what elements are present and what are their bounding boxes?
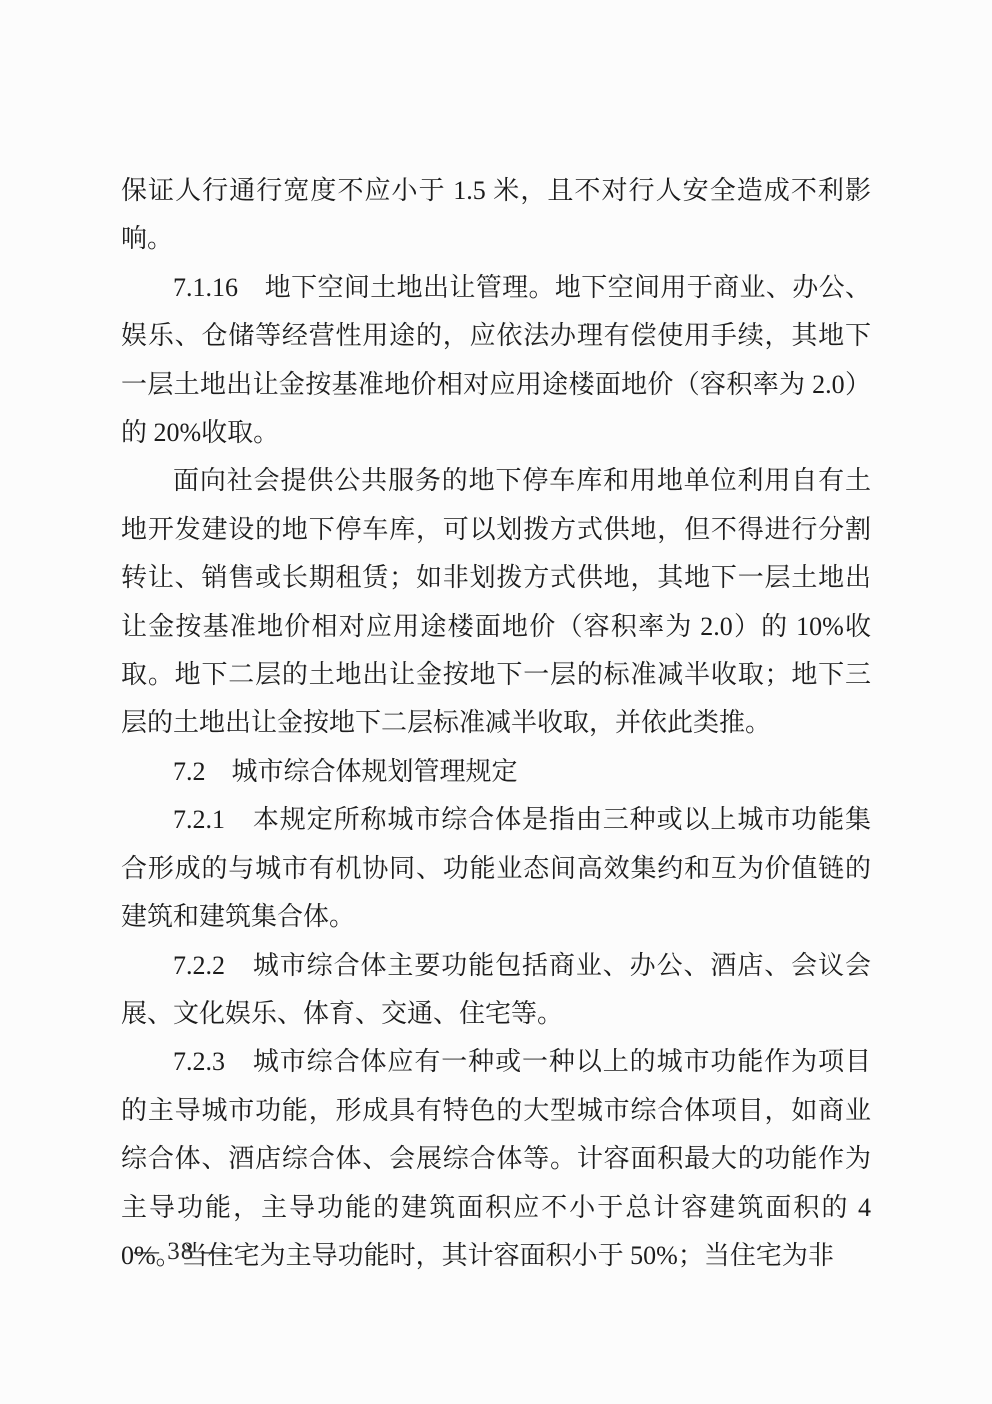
paragraph-7-1-16: 7.1.16 地下空间土地出让管理。地下空间用于商业、办公、娱乐、仓储等经营性用… xyxy=(121,264,871,458)
document-page: 保证人行通行宽度不应小于 1.5 米，且不对行人安全造成不利影响。 7.1.16… xyxy=(0,0,992,1404)
paragraph-7-2-2: 7.2.2 城市综合体主要功能包括商业、办公、酒店、会议会展、文化娱乐、体育、交… xyxy=(121,942,871,1039)
paragraph-continuation: 保证人行通行宽度不应小于 1.5 米，且不对行人安全造成不利影响。 xyxy=(121,167,871,264)
paragraph-7-2-3: 7.2.3 城市综合体应有一种或一种以上的城市功能作为项目的主导城市功能，形成具… xyxy=(121,1038,871,1280)
paragraph-underground-parking: 面向社会提供公共服务的地下停车库和用地单位利用自有土地开发建设的地下停车库，可以… xyxy=(121,457,871,747)
paragraph-7-2-1: 7.2.1 本规定所称城市综合体是指由三种或以上城市功能集合形成的与城市有机协同… xyxy=(121,796,871,941)
page-number: — 38 — xyxy=(134,1238,228,1266)
document-text-block: 保证人行通行宽度不应小于 1.5 米，且不对行人安全造成不利影响。 7.1.16… xyxy=(121,167,871,1280)
heading-7-2: 7.2 城市综合体规划管理规定 xyxy=(121,748,871,796)
